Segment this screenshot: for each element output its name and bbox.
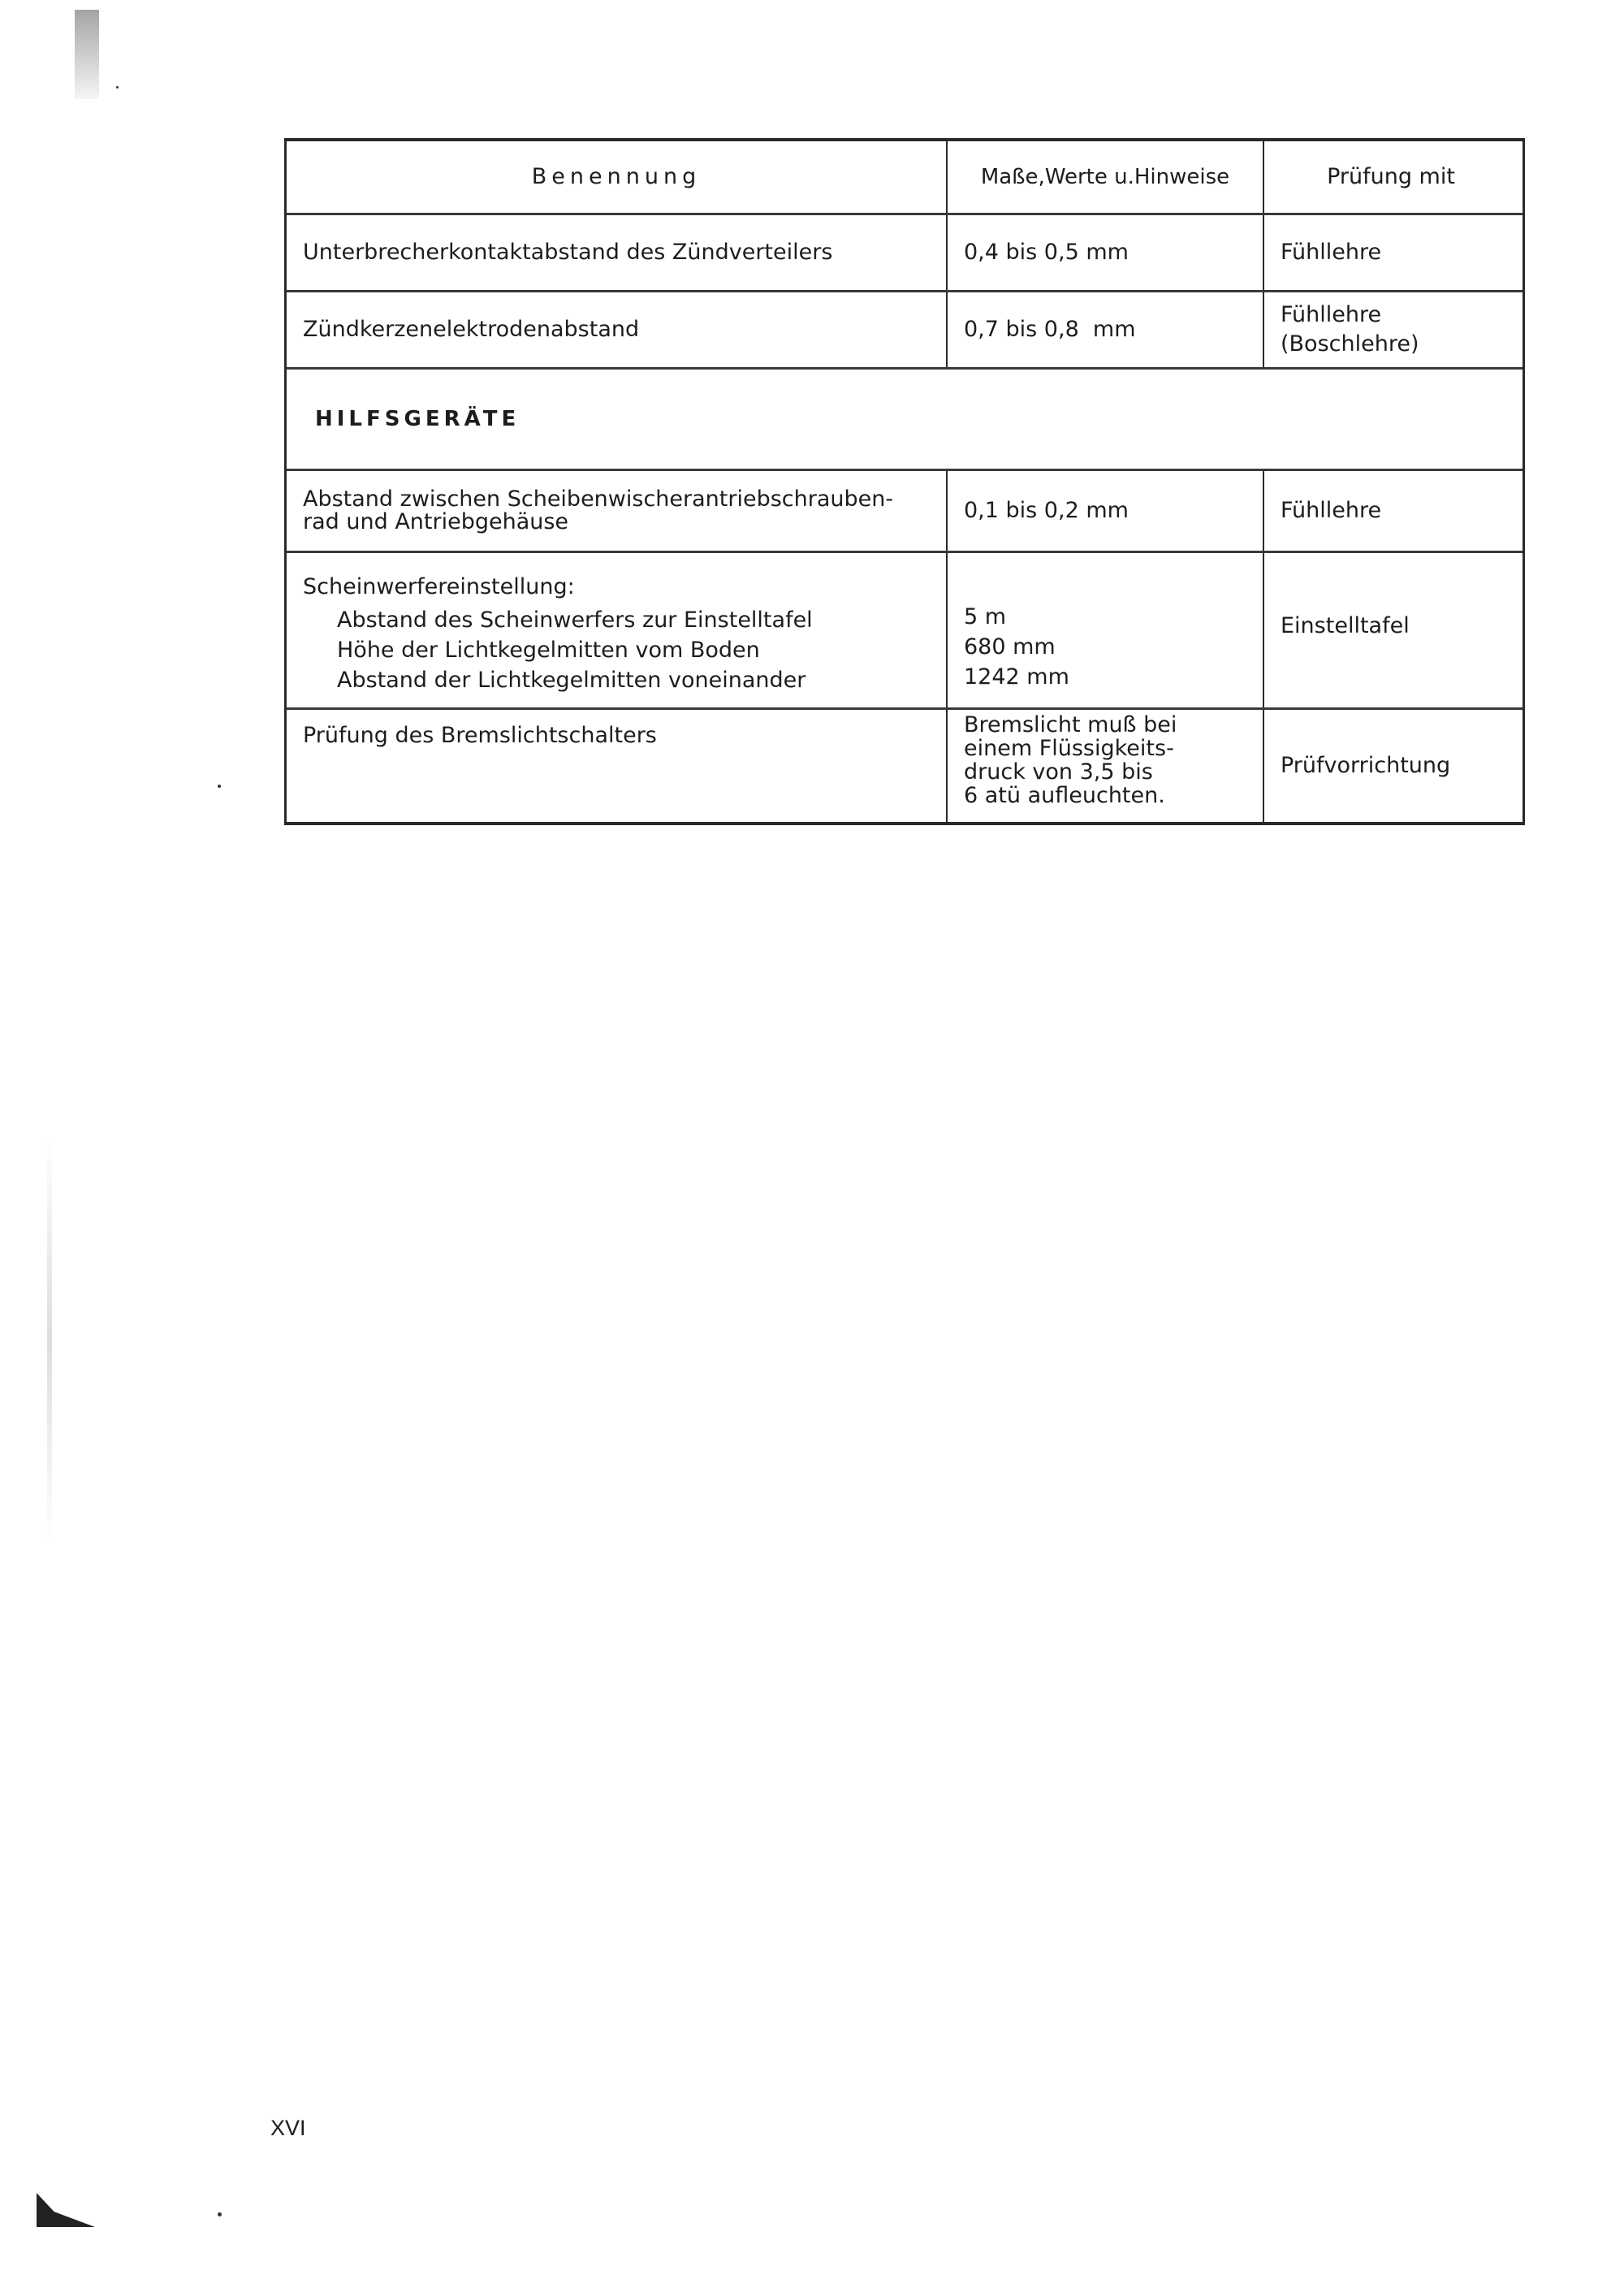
row-value-line: druck von 3,5 bis [964,760,1214,784]
header-cell: Benennung [287,141,946,213]
row-value-line: 6 atü aufleuchten. [964,784,1214,807]
header-pruefung: Prüfung mit [1327,162,1455,192]
row-tool: Fühllehre [1263,215,1518,290]
row-name-line: rad und Antriebgehäuse [303,511,568,534]
row-subvalue: 680 mm [964,632,1246,662]
row-value: Bremslicht muß bei einem Flüssigkeits- d… [946,710,1263,822]
header-benennung: Benennung [532,162,701,192]
section-header-row: HILFSGERÄTE [287,370,1522,471]
table-header-row: Benennung Maße,Werte u.Hinweise Prüfung … [287,141,1522,215]
row-name: Zündkerzenelektrodenabstand [287,292,946,367]
row-tool: Fühllehre [1263,471,1518,551]
table-row: Zündkerzenelektrodenabstand 0,7 bis 0,8 … [287,292,1522,370]
scan-speck [116,86,119,89]
row-subtitle: Scheinwerfereinstellung: [303,571,930,603]
header-cell: Prüfung mit [1263,141,1518,213]
section-cell: HILFSGERÄTE [287,370,1522,469]
table-row: Unterbrecherkontaktabstand des Zündverte… [287,215,1522,292]
table-row: Abstand zwischen Scheibenwischerantriebs… [287,471,1522,553]
row-subvalue: 1242 mm [964,662,1246,692]
table-row: Scheinwerfereinstellung: Abstand des Sch… [287,553,1522,710]
scan-corner-shadow [37,2193,95,2227]
page-number: XVI [270,2116,306,2141]
scan-speck [218,2212,222,2216]
row-subitem: Abstand der Lichtkegelmitten voneinander [303,665,930,695]
scan-speck [218,785,221,788]
header-cell: Maße,Werte u.Hinweise [946,141,1263,213]
scan-artifact [75,10,99,99]
section-title: HILFSGERÄTE [315,404,520,434]
row-tool: Einstelltafel [1263,553,1518,707]
row-subvalue: 5 m [964,602,1246,632]
row-value: 0,1 bis 0,2 mm [946,471,1263,551]
row-subitem: Abstand des Scheinwerfers zur Einstellta… [303,605,930,635]
row-subitem: Höhe der Lichtkegelmitten vom Boden [303,635,930,665]
row-name: Unterbrecherkontaktabstand des Zündverte… [287,215,946,290]
row-value: 0,4 bis 0,5 mm [946,215,1263,290]
header-masse: Maße,Werte u.Hinweise [981,162,1229,192]
row-name: Scheinwerfereinstellung: Abstand des Sch… [287,553,946,707]
row-name: Prüfung des Bremslichtschalters [287,710,946,822]
row-name-line: Abstand zwischen Scheibenwischerantriebs… [303,488,893,511]
scan-artifact [47,1137,52,1543]
row-value-line: einem Flüssigkeits- [964,737,1214,760]
row-value: 5 m 680 mm 1242 mm [946,553,1263,707]
specification-table: Benennung Maße,Werte u.Hinweise Prüfung … [284,138,1525,825]
row-value-line: Bremslicht muß bei [964,713,1214,737]
row-tool: Fühllehre (Boschlehre) [1263,292,1518,367]
row-name: Abstand zwischen Scheibenwischerantriebs… [287,471,946,551]
row-tool-text: Einstelltafel [1281,612,1410,641]
row-value: 0,7 bis 0,8 mm [946,292,1263,367]
row-tool: Prüfvorrichtung [1263,710,1518,822]
table-row: Prüfung des Bremslichtschalters Bremslic… [287,710,1522,822]
